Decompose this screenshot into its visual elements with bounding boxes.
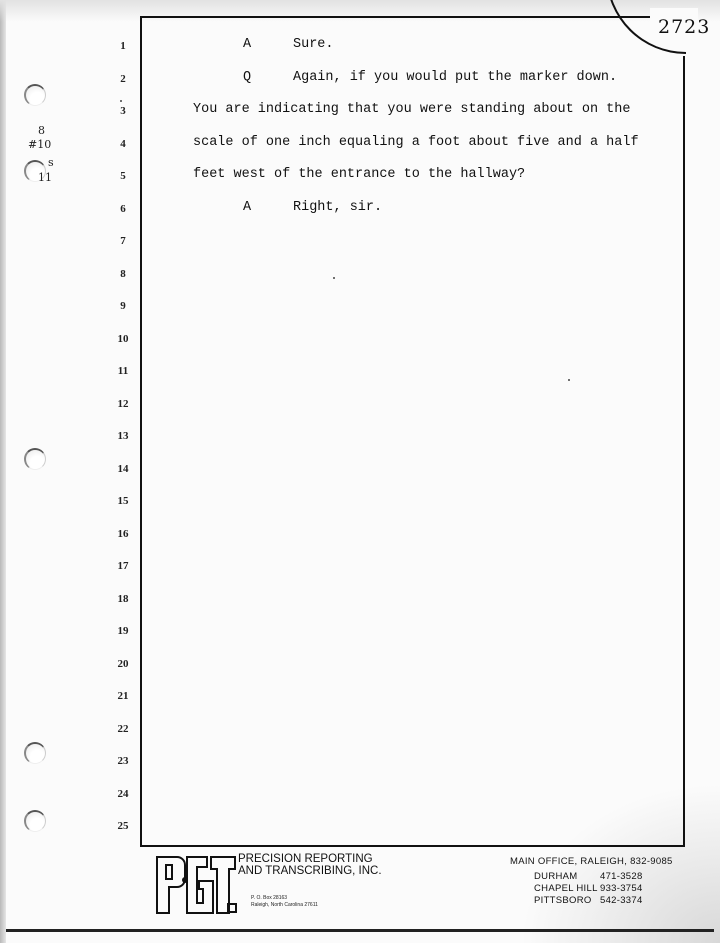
line-text: feet west of the entrance to the hallway… — [193, 167, 525, 182]
margin-note-11: 11 — [38, 171, 52, 184]
line-number: 16 — [108, 524, 138, 557]
line-number: 7 — [108, 231, 138, 264]
transcript-body: ASure.QAgain, if you would put the marke… — [193, 32, 673, 227]
line-number: 9 — [108, 296, 138, 329]
line-number: 10 — [108, 329, 138, 362]
branch-phone-list: DURHAM471-3528CHAPEL HILL933-3754PITTSBO… — [534, 871, 643, 907]
line-text: Again, if you would put the marker down. — [293, 70, 617, 85]
line-number: 25 — [108, 816, 138, 849]
page-left-edge — [0, 0, 6, 943]
line-number-column: 1234567891011121314151617181920212223242… — [108, 36, 138, 849]
line-number: 11 — [108, 361, 138, 394]
scan-dot — [333, 277, 335, 279]
firm-address: P. O. Box 28163 Raleigh, North Carolina … — [251, 895, 318, 909]
line-text: scale of one inch equaling a foot about … — [193, 135, 639, 150]
line-number: 23 — [108, 751, 138, 784]
line-number: 15 — [108, 491, 138, 524]
scan-dot — [568, 379, 570, 381]
line-number: 2 — [108, 69, 138, 102]
branch-city: PITTSBORO — [534, 895, 600, 907]
line-text: Sure. — [293, 37, 334, 52]
line-number: 5 — [108, 166, 138, 199]
line-text: Right, sir. — [293, 200, 382, 215]
line-number: 17 — [108, 556, 138, 589]
speaker-label: A — [243, 195, 293, 221]
transcript-line: ASure. — [193, 32, 673, 65]
scan-dot — [120, 100, 122, 102]
transcript-line: feet west of the entrance to the hallway… — [193, 162, 673, 195]
branch-phone: 471-3528 — [600, 871, 643, 883]
branch-city: DURHAM — [534, 871, 600, 883]
binder-hole-4 — [24, 742, 46, 764]
main-office-phone: MAIN OFFICE, RALEIGH, 832-9085 — [510, 856, 673, 867]
margin-note-8: 8 — [38, 124, 45, 137]
line-number: 19 — [108, 621, 138, 654]
transcript-line: ARight, sir. — [193, 195, 673, 228]
margin-note-s: s — [48, 156, 54, 169]
pt-logo-icon — [155, 853, 237, 915]
line-number: 14 — [108, 459, 138, 492]
line-number: 4 — [108, 134, 138, 167]
branch-row: DURHAM471-3528 — [534, 871, 643, 883]
binder-hole-1 — [24, 84, 46, 106]
transcript-line: QAgain, if you would put the marker down… — [193, 65, 673, 98]
speaker-label: Q — [243, 65, 293, 91]
line-number: 12 — [108, 394, 138, 427]
line-number: 13 — [108, 426, 138, 459]
line-number: 22 — [108, 719, 138, 752]
firm-name: PRECISION REPORTING AND TRANSCRIBING, IN… — [238, 853, 382, 877]
line-text: You are indicating that you were standin… — [193, 102, 630, 117]
binder-hole-5 — [24, 810, 46, 832]
branch-city: CHAPEL HILL — [534, 883, 600, 895]
speaker-label: A — [243, 32, 293, 58]
branch-row: CHAPEL HILL933-3754 — [534, 883, 643, 895]
line-number: 24 — [108, 784, 138, 817]
line-number: 21 — [108, 686, 138, 719]
margin-note-10: #10 — [28, 138, 51, 151]
line-number: 8 — [108, 264, 138, 297]
binder-hole-3 — [24, 448, 46, 470]
line-number: 6 — [108, 199, 138, 232]
line-number: 20 — [108, 654, 138, 687]
bottom-rule — [6, 929, 714, 932]
transcript-line: You are indicating that you were standin… — [193, 97, 673, 130]
line-number: 3 — [108, 101, 138, 134]
transcript-line: scale of one inch equaling a foot about … — [193, 130, 673, 163]
line-number: 1 — [108, 36, 138, 69]
branch-phone: 542-3374 — [600, 895, 643, 907]
branch-row: PITTSBORO542-3374 — [534, 895, 643, 907]
line-number: 18 — [108, 589, 138, 622]
branch-phone: 933-3754 — [600, 883, 643, 895]
